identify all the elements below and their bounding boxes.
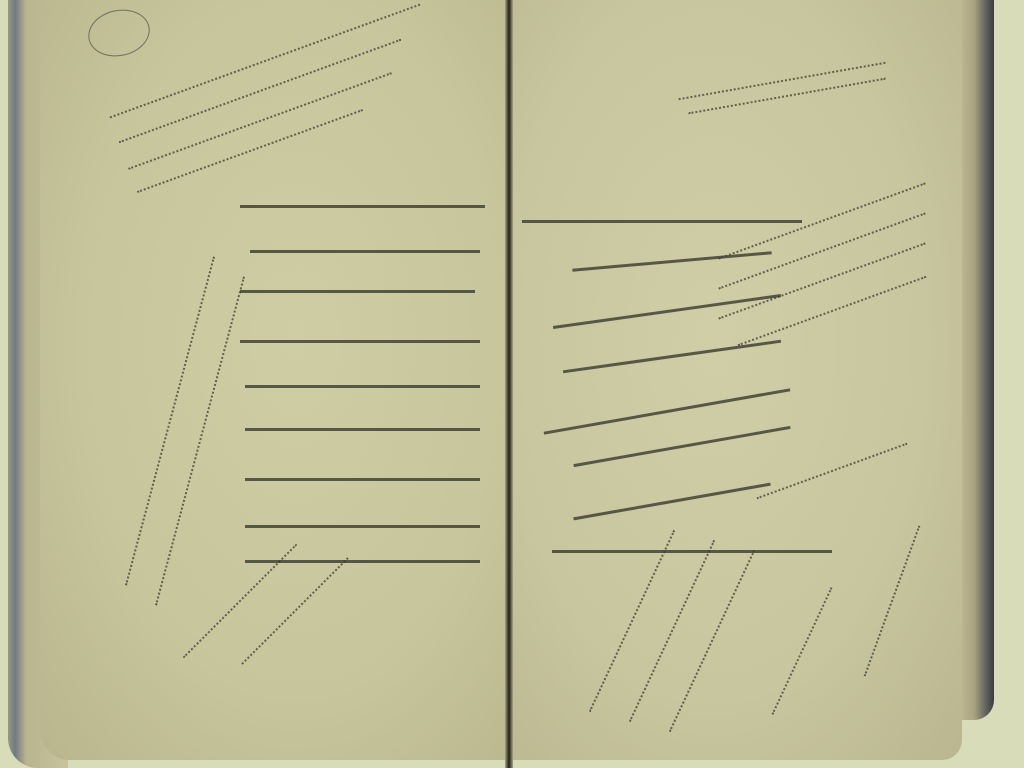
main-text-line <box>240 340 480 343</box>
main-text-line <box>245 478 480 481</box>
marginal-note <box>669 550 755 732</box>
main-text-line <box>522 220 802 223</box>
marginal-note <box>738 276 927 346</box>
main-text-line <box>250 250 480 253</box>
main-text-line <box>245 560 480 563</box>
marginal-note <box>688 78 885 115</box>
right-page <box>512 0 962 760</box>
left-page <box>40 0 506 760</box>
main-text-line <box>245 385 480 388</box>
main-text-line <box>573 426 790 467</box>
marginal-note <box>128 72 392 170</box>
main-text-line <box>240 205 485 208</box>
main-text-line <box>572 251 772 271</box>
main-text-line <box>245 525 480 528</box>
marginal-note <box>241 557 348 664</box>
main-text-line <box>573 483 770 521</box>
marginal-note <box>155 277 245 606</box>
marginal-note <box>864 525 921 676</box>
marginal-note <box>678 62 885 100</box>
marginal-note <box>718 212 925 289</box>
marginal-note <box>756 443 907 500</box>
marginal-note <box>125 257 215 586</box>
marginal-note <box>772 587 833 715</box>
marginal-note <box>629 540 715 722</box>
main-text-line <box>552 550 832 553</box>
main-text-line <box>553 294 781 329</box>
marginal-note <box>589 530 675 712</box>
main-text-line <box>245 428 480 431</box>
marginal-note <box>119 39 402 143</box>
marginal-note <box>110 4 421 119</box>
book-spine <box>505 0 513 768</box>
main-text-line <box>563 340 781 374</box>
main-text-line <box>544 388 791 434</box>
main-text-line <box>240 290 475 293</box>
